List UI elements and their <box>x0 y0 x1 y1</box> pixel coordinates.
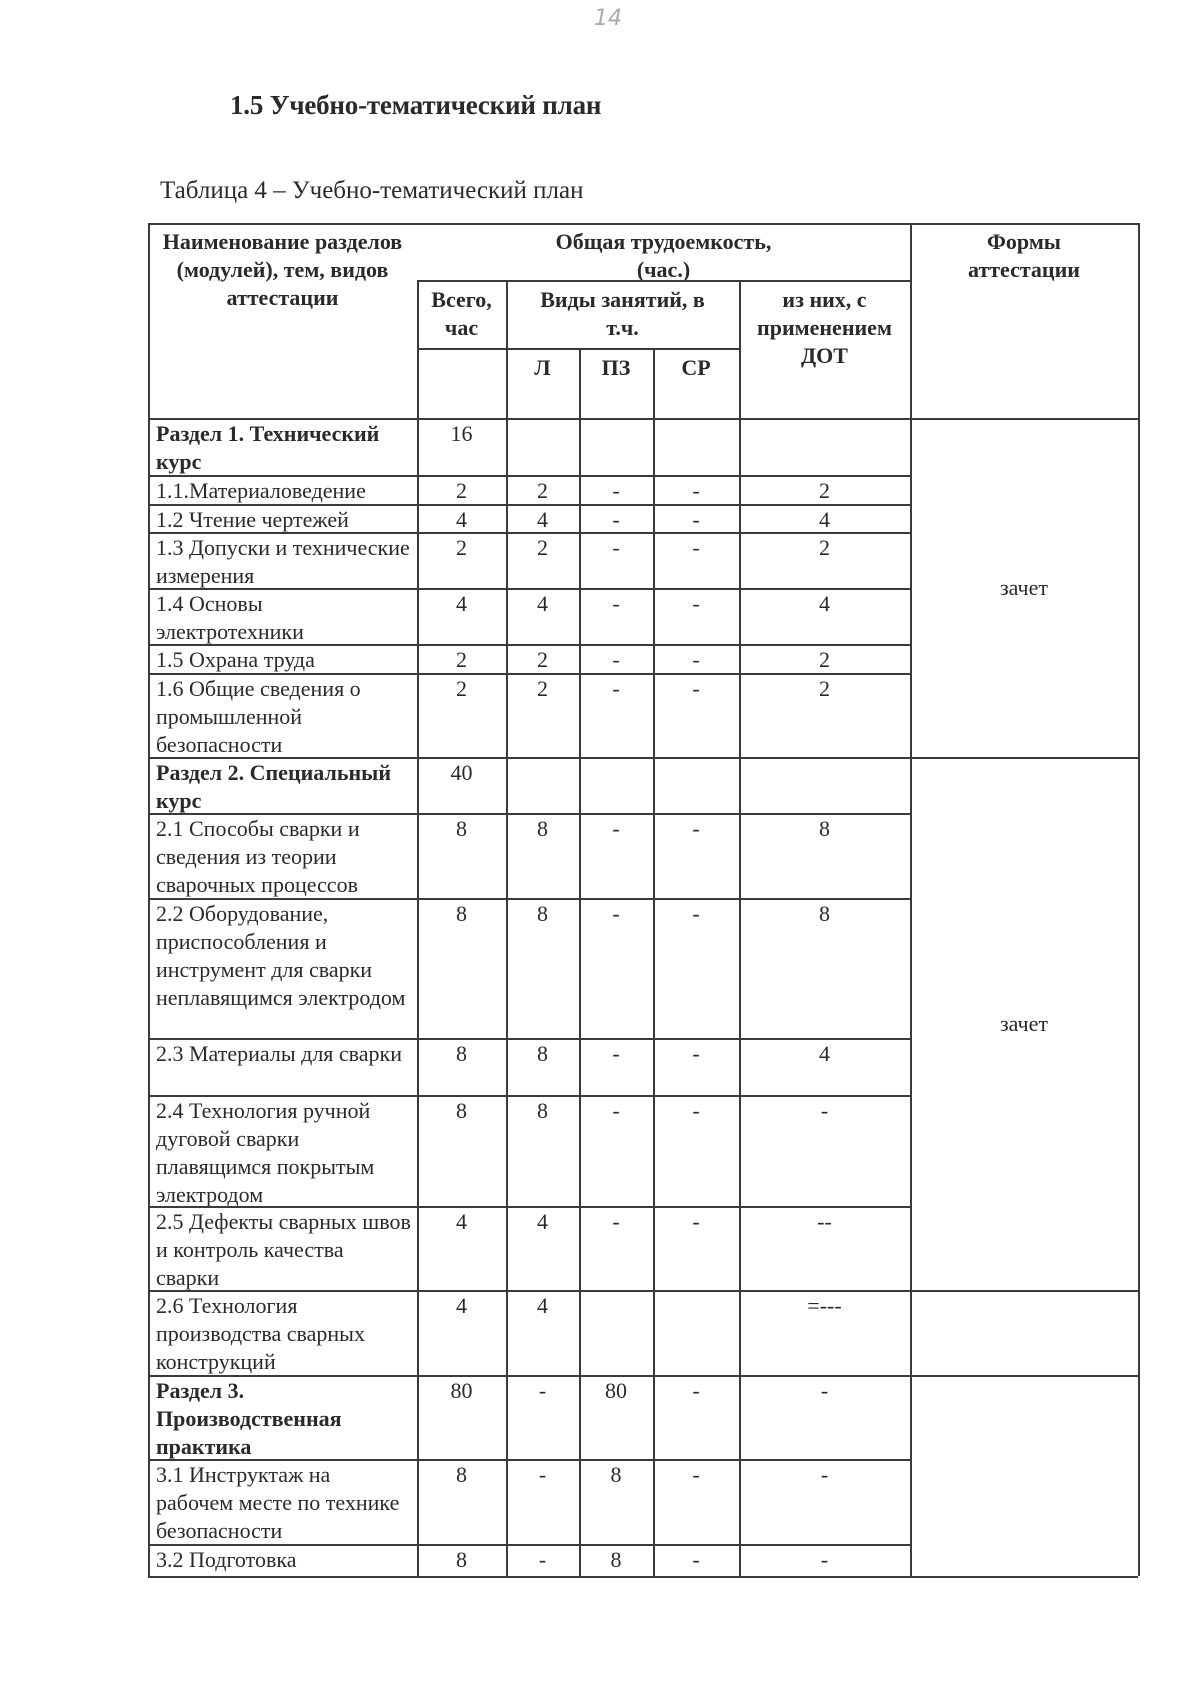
header-class-types: Виды занятий, в т.ч. <box>506 284 739 344</box>
row-lectures: 8 <box>506 1095 579 1206</box>
row-lectures: 2 <box>506 644 579 673</box>
row-self-study: - <box>653 504 739 532</box>
row-practical: 8 <box>579 1544 653 1576</box>
row-distance-learning: =--- <box>739 1290 910 1375</box>
table-border <box>148 1290 910 1292</box>
row-lectures: - <box>506 1459 579 1544</box>
row-total-hours: 80 <box>417 1375 506 1459</box>
row-lectures <box>506 757 579 813</box>
header-total-labor: Общая трудоемкость, (час.) <box>417 226 910 286</box>
row-self-study: - <box>653 1095 739 1206</box>
table-border <box>739 418 741 1576</box>
header-lectures: Л <box>506 352 579 384</box>
row-distance-learning: 2 <box>739 532 910 588</box>
row-distance-learning: 4 <box>739 1038 910 1095</box>
table-border <box>148 1206 910 1208</box>
row-practical <box>579 757 653 813</box>
table-border <box>653 418 655 1576</box>
row-distance-learning <box>739 418 910 475</box>
row-practical: - <box>579 673 653 757</box>
table-border <box>148 1576 1138 1578</box>
row-total-hours: 4 <box>417 588 506 644</box>
row-name: 2.6 Технология производства сварных конс… <box>148 1290 417 1375</box>
row-lectures: 4 <box>506 1290 579 1375</box>
row-name: 1.5 Охрана труда <box>148 644 417 673</box>
table-border <box>148 1544 910 1546</box>
row-practical: - <box>579 644 653 673</box>
row-self-study: - <box>653 813 739 898</box>
table-border <box>653 348 655 418</box>
row-lectures: 4 <box>506 504 579 532</box>
row-practical: 8 <box>579 1459 653 1544</box>
row-name: 2.5 Дефекты сварных швов и контроль каче… <box>148 1206 417 1290</box>
row-distance-learning <box>739 757 910 813</box>
row-practical: - <box>579 504 653 532</box>
row-total-hours: 8 <box>417 1459 506 1544</box>
row-practical: - <box>579 588 653 644</box>
row-self-study: - <box>653 475 739 504</box>
table-border <box>148 1459 910 1461</box>
row-lectures: 2 <box>506 532 579 588</box>
row-distance-learning: 4 <box>739 504 910 532</box>
table-border <box>148 475 910 477</box>
row-self-study: - <box>653 1038 739 1095</box>
row-name: 1.3 Допуски и технические измерения <box>148 532 417 588</box>
row-self-study: - <box>653 898 739 1038</box>
row-distance-learning: 2 <box>739 673 910 757</box>
table-border <box>148 673 910 675</box>
row-practical: - <box>579 898 653 1038</box>
row-lectures: 4 <box>506 1206 579 1290</box>
row-total-hours: 2 <box>417 673 506 757</box>
row-name: Раздел 3. Производственная практика <box>148 1375 417 1459</box>
row-name: Раздел 1. Технический курс <box>148 418 417 475</box>
row-practical <box>579 1290 653 1375</box>
row-lectures: 8 <box>506 813 579 898</box>
row-self-study <box>653 418 739 475</box>
row-practical <box>579 418 653 475</box>
row-name: 2.1 Способы сварки и сведения из теории … <box>148 813 417 898</box>
row-total-hours: 2 <box>417 532 506 588</box>
row-distance-learning: - <box>739 1375 910 1459</box>
table-border <box>148 1375 910 1377</box>
row-self-study: - <box>653 644 739 673</box>
table-border <box>910 1290 1138 1292</box>
header-practical: ПЗ <box>579 352 653 384</box>
row-self-study: - <box>653 1544 739 1576</box>
table-border <box>148 644 910 646</box>
table-border <box>148 1038 910 1040</box>
header-distance-learning: из них, с применением ДОТ <box>739 284 910 372</box>
attestation-form-cell: зачет <box>910 757 1138 1290</box>
row-self-study <box>653 757 739 813</box>
table-border <box>148 898 910 900</box>
row-lectures: 8 <box>506 898 579 1038</box>
row-distance-learning: - <box>739 1459 910 1544</box>
row-name: 1.6 Общие сведения о промышленной безопа… <box>148 673 417 757</box>
row-name: 1.2 Чтение чертежей <box>148 504 417 532</box>
header-name: Наименование разделов (модулей), тем, ви… <box>148 226 417 314</box>
row-name: Раздел 2. Специальный курс <box>148 757 417 813</box>
table-border <box>910 757 1138 759</box>
table-border <box>417 418 419 1576</box>
row-self-study: - <box>653 532 739 588</box>
table-border <box>506 348 739 350</box>
row-total-hours: 4 <box>417 1290 506 1375</box>
header-total-hours: Всего, час <box>417 284 506 344</box>
table-border <box>148 1095 910 1097</box>
row-lectures: 2 <box>506 673 579 757</box>
attestation-form-cell: зачет <box>910 418 1138 757</box>
row-total-hours: 4 <box>417 504 506 532</box>
table-border <box>148 813 910 815</box>
row-lectures: 4 <box>506 588 579 644</box>
row-practical: - <box>579 1206 653 1290</box>
table-border <box>506 418 508 1576</box>
table-border <box>910 223 912 1576</box>
table-border <box>417 280 910 282</box>
row-total-hours: 8 <box>417 1544 506 1576</box>
row-practical: - <box>579 532 653 588</box>
row-self-study: - <box>653 673 739 757</box>
row-distance-learning: 8 <box>739 898 910 1038</box>
table-border <box>148 223 1138 225</box>
table-border <box>148 504 910 506</box>
table-border <box>148 223 150 1576</box>
table-border <box>739 280 741 418</box>
row-distance-learning: -- <box>739 1206 910 1290</box>
row-self-study: - <box>653 1206 739 1290</box>
row-distance-learning: 2 <box>739 475 910 504</box>
row-name: 3.1 Инструктаж на рабочем месте по техни… <box>148 1459 417 1544</box>
row-practical: - <box>579 813 653 898</box>
row-lectures: 8 <box>506 1038 579 1095</box>
curriculum-table: Наименование разделов (модулей), тем, ви… <box>0 0 1200 1696</box>
row-distance-learning: 2 <box>739 644 910 673</box>
table-border <box>910 1375 1138 1377</box>
row-self-study <box>653 1290 739 1375</box>
row-practical: - <box>579 475 653 504</box>
row-name: 1.4 Основы электротехники <box>148 588 417 644</box>
row-total-hours: 8 <box>417 1038 506 1095</box>
row-name: 2.4 Технология ручной дуговой сварки пла… <box>148 1095 417 1206</box>
row-distance-learning: - <box>739 1544 910 1576</box>
row-total-hours: 40 <box>417 757 506 813</box>
row-lectures: - <box>506 1544 579 1576</box>
row-total-hours: 8 <box>417 813 506 898</box>
header-attestation-forms: Формы аттестации <box>910 226 1138 286</box>
row-name: 3.2 Подготовка <box>148 1544 417 1576</box>
row-lectures <box>506 418 579 475</box>
row-self-study: - <box>653 1375 739 1459</box>
row-total-hours: 4 <box>417 1206 506 1290</box>
table-border <box>579 418 581 1576</box>
attestation-form-cell <box>910 1375 1138 1576</box>
row-name: 2.3 Материалы для сварки <box>148 1038 417 1095</box>
table-border <box>506 280 508 418</box>
table-border <box>579 348 581 418</box>
table-border <box>417 280 419 418</box>
row-practical: - <box>579 1095 653 1206</box>
header-self-study: СР <box>653 352 739 384</box>
row-total-hours: 16 <box>417 418 506 475</box>
table-border <box>148 757 910 759</box>
row-practical: 80 <box>579 1375 653 1459</box>
row-distance-learning: 4 <box>739 588 910 644</box>
row-name: 1.1.Материаловедение <box>148 475 417 504</box>
row-total-hours: 8 <box>417 898 506 1038</box>
row-lectures: - <box>506 1375 579 1459</box>
row-practical: - <box>579 1038 653 1095</box>
row-distance-learning: 8 <box>739 813 910 898</box>
row-total-hours: 8 <box>417 1095 506 1206</box>
table-border <box>1138 223 1140 1576</box>
table-border <box>148 532 910 534</box>
table-border <box>148 588 910 590</box>
attestation-form-cell <box>910 1290 1138 1375</box>
row-total-hours: 2 <box>417 475 506 504</box>
row-total-hours: 2 <box>417 644 506 673</box>
row-lectures: 2 <box>506 475 579 504</box>
row-self-study: - <box>653 588 739 644</box>
table-border <box>148 418 1138 420</box>
row-distance-learning: - <box>739 1095 910 1206</box>
row-self-study: - <box>653 1459 739 1544</box>
row-name: 2.2 Оборудование, приспособления и инстр… <box>148 898 417 1038</box>
